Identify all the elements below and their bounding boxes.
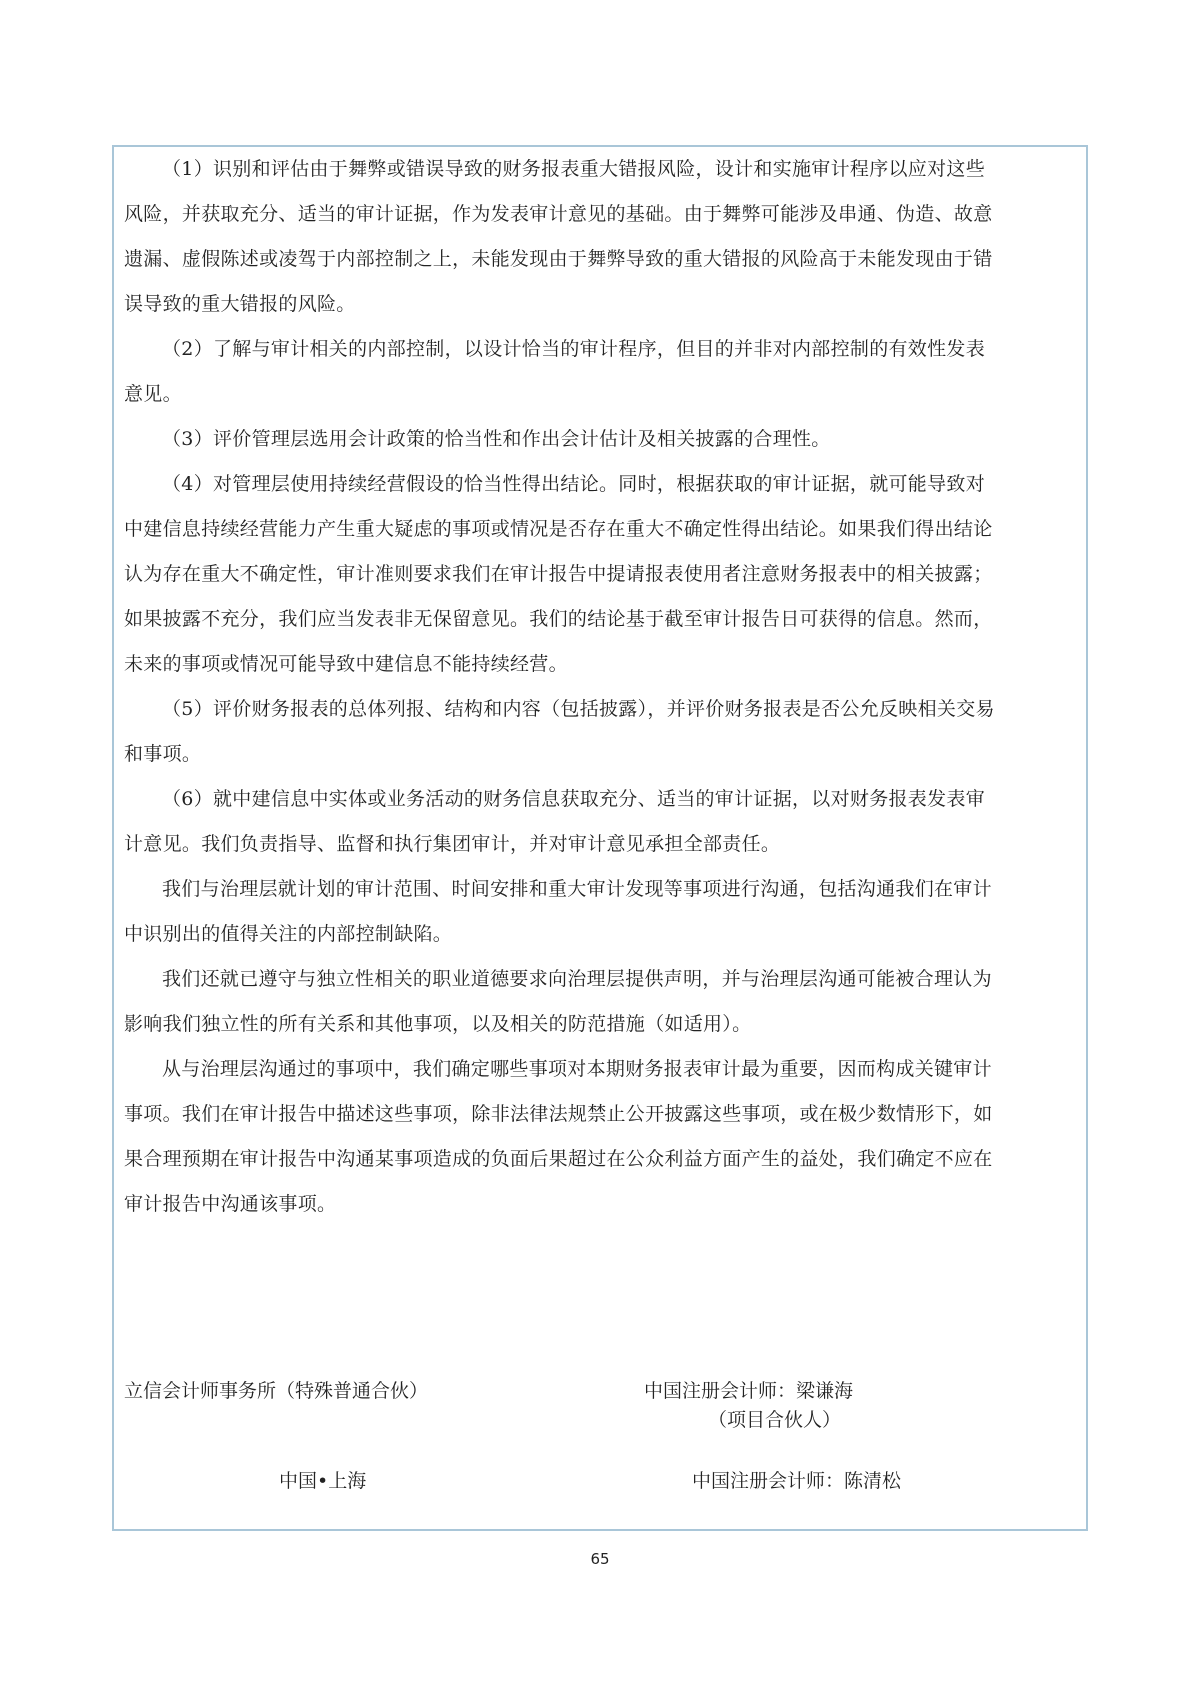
paragraph-9-line-2: 事项。我们在审计报告中描述这些事项，除非法律法规禁止公开披露这些事项，或在极少数… [124, 1099, 993, 1129]
paragraph-8-line-1: 我们还就已遵守与独立性相关的职业道德要求向治理层提供声明，并与治理层沟通可能被合… [162, 964, 992, 994]
paragraph-1-line-2: 风险，并获取充分、适当的审计证据，作为发表审计意见的基础。由于舞弊可能涉及串通、… [124, 199, 993, 229]
paragraph-1-line-4: 误导致的重大错报的风险。 [124, 289, 356, 319]
paragraph-5-line-2: 和事项。 [124, 739, 201, 769]
paragraph-4-line-1: （4）对管理层使用持续经营假设的恰当性得出结论。同时，根据获取的审计证据，就可能… [162, 469, 985, 499]
paragraph-7-line-1: 我们与治理层就计划的审计范围、时间安排和重大审计发现等事项进行沟通，包括沟通我们… [162, 874, 992, 904]
paragraph-4-line-2: 中建信息持续经营能力产生重大疑虑的事项或情况是否存在重大不确定性得出结论。如果我… [124, 514, 993, 544]
firm-name: 立信会计师事务所（特殊普通合伙） [124, 1376, 428, 1406]
paragraph-7-line-2: 中识别出的值得关注的内部控制缺陷。 [124, 919, 452, 949]
page-number: 65 [0, 1550, 1200, 1568]
paragraph-2-line-1: （2）了解与审计相关的内部控制，以设计恰当的审计程序，但目的并非对内部控制的有效… [162, 334, 985, 364]
paragraph-6-line-2: 计意见。我们负责指导、监督和执行集团审计，并对审计意见承担全部责任。 [124, 829, 780, 859]
cpa-signature-2: 中国注册会计师：陈清松 [692, 1466, 901, 1496]
paragraph-9-line-1: 从与治理层沟通过的事项中，我们确定哪些事项对本期财务报表审计最为重要，因而构成关… [162, 1054, 992, 1084]
paragraph-3-line-1: （3）评价管理层选用会计政策的恰当性和作出会计估计及相关披露的合理性。 [162, 424, 831, 454]
paragraph-5-line-1: （5）评价财务报表的总体列报、结构和内容（包括披露），并评价财务报表是否公允反映… [162, 694, 995, 724]
cpa-1-role: （项目合伙人） [708, 1405, 841, 1435]
paragraph-4-line-3: 认为存在重大不确定性，审计准则要求我们在审计报告中提请报表使用者注意财务报表中的… [124, 559, 993, 589]
cpa-signature-1: 中国注册会计师：梁谦海 [644, 1376, 853, 1406]
paragraph-1-line-3: 遗漏、虚假陈述或凌驾于内部控制之上，未能发现由于舞弊导致的重大错报的风险高于未能… [124, 244, 993, 274]
paragraph-8-line-2: 影响我们独立性的所有关系和其他事项，以及相关的防范措施（如适用）。 [124, 1009, 751, 1039]
paragraph-9-line-4: 审计报告中沟通该事项。 [124, 1189, 336, 1219]
paragraph-9-line-3: 果合理预期在审计报告中沟通某事项造成的负面后果超过在公众利益方面产生的益处，我们… [124, 1144, 993, 1174]
paragraph-2-line-2: 意见。 [124, 379, 182, 409]
paragraph-6-line-1: （6）就中建信息中实体或业务活动的财务信息获取充分、适当的审计证据，以对财务报表… [162, 784, 985, 814]
paragraph-4-line-5: 未来的事项或情况可能导致中建信息不能持续经营。 [124, 649, 568, 679]
paragraph-4-line-4: 如果披露不充分，我们应当发表非无保留意见。我们的结论基于截至审计报告日可获得的信… [124, 604, 993, 634]
paragraph-1-line-1: （1）识别和评估由于舞弊或错误导致的财务报表重大错报风险，设计和实施审计程序以应… [162, 154, 985, 184]
location: 中国•上海 [279, 1466, 366, 1496]
